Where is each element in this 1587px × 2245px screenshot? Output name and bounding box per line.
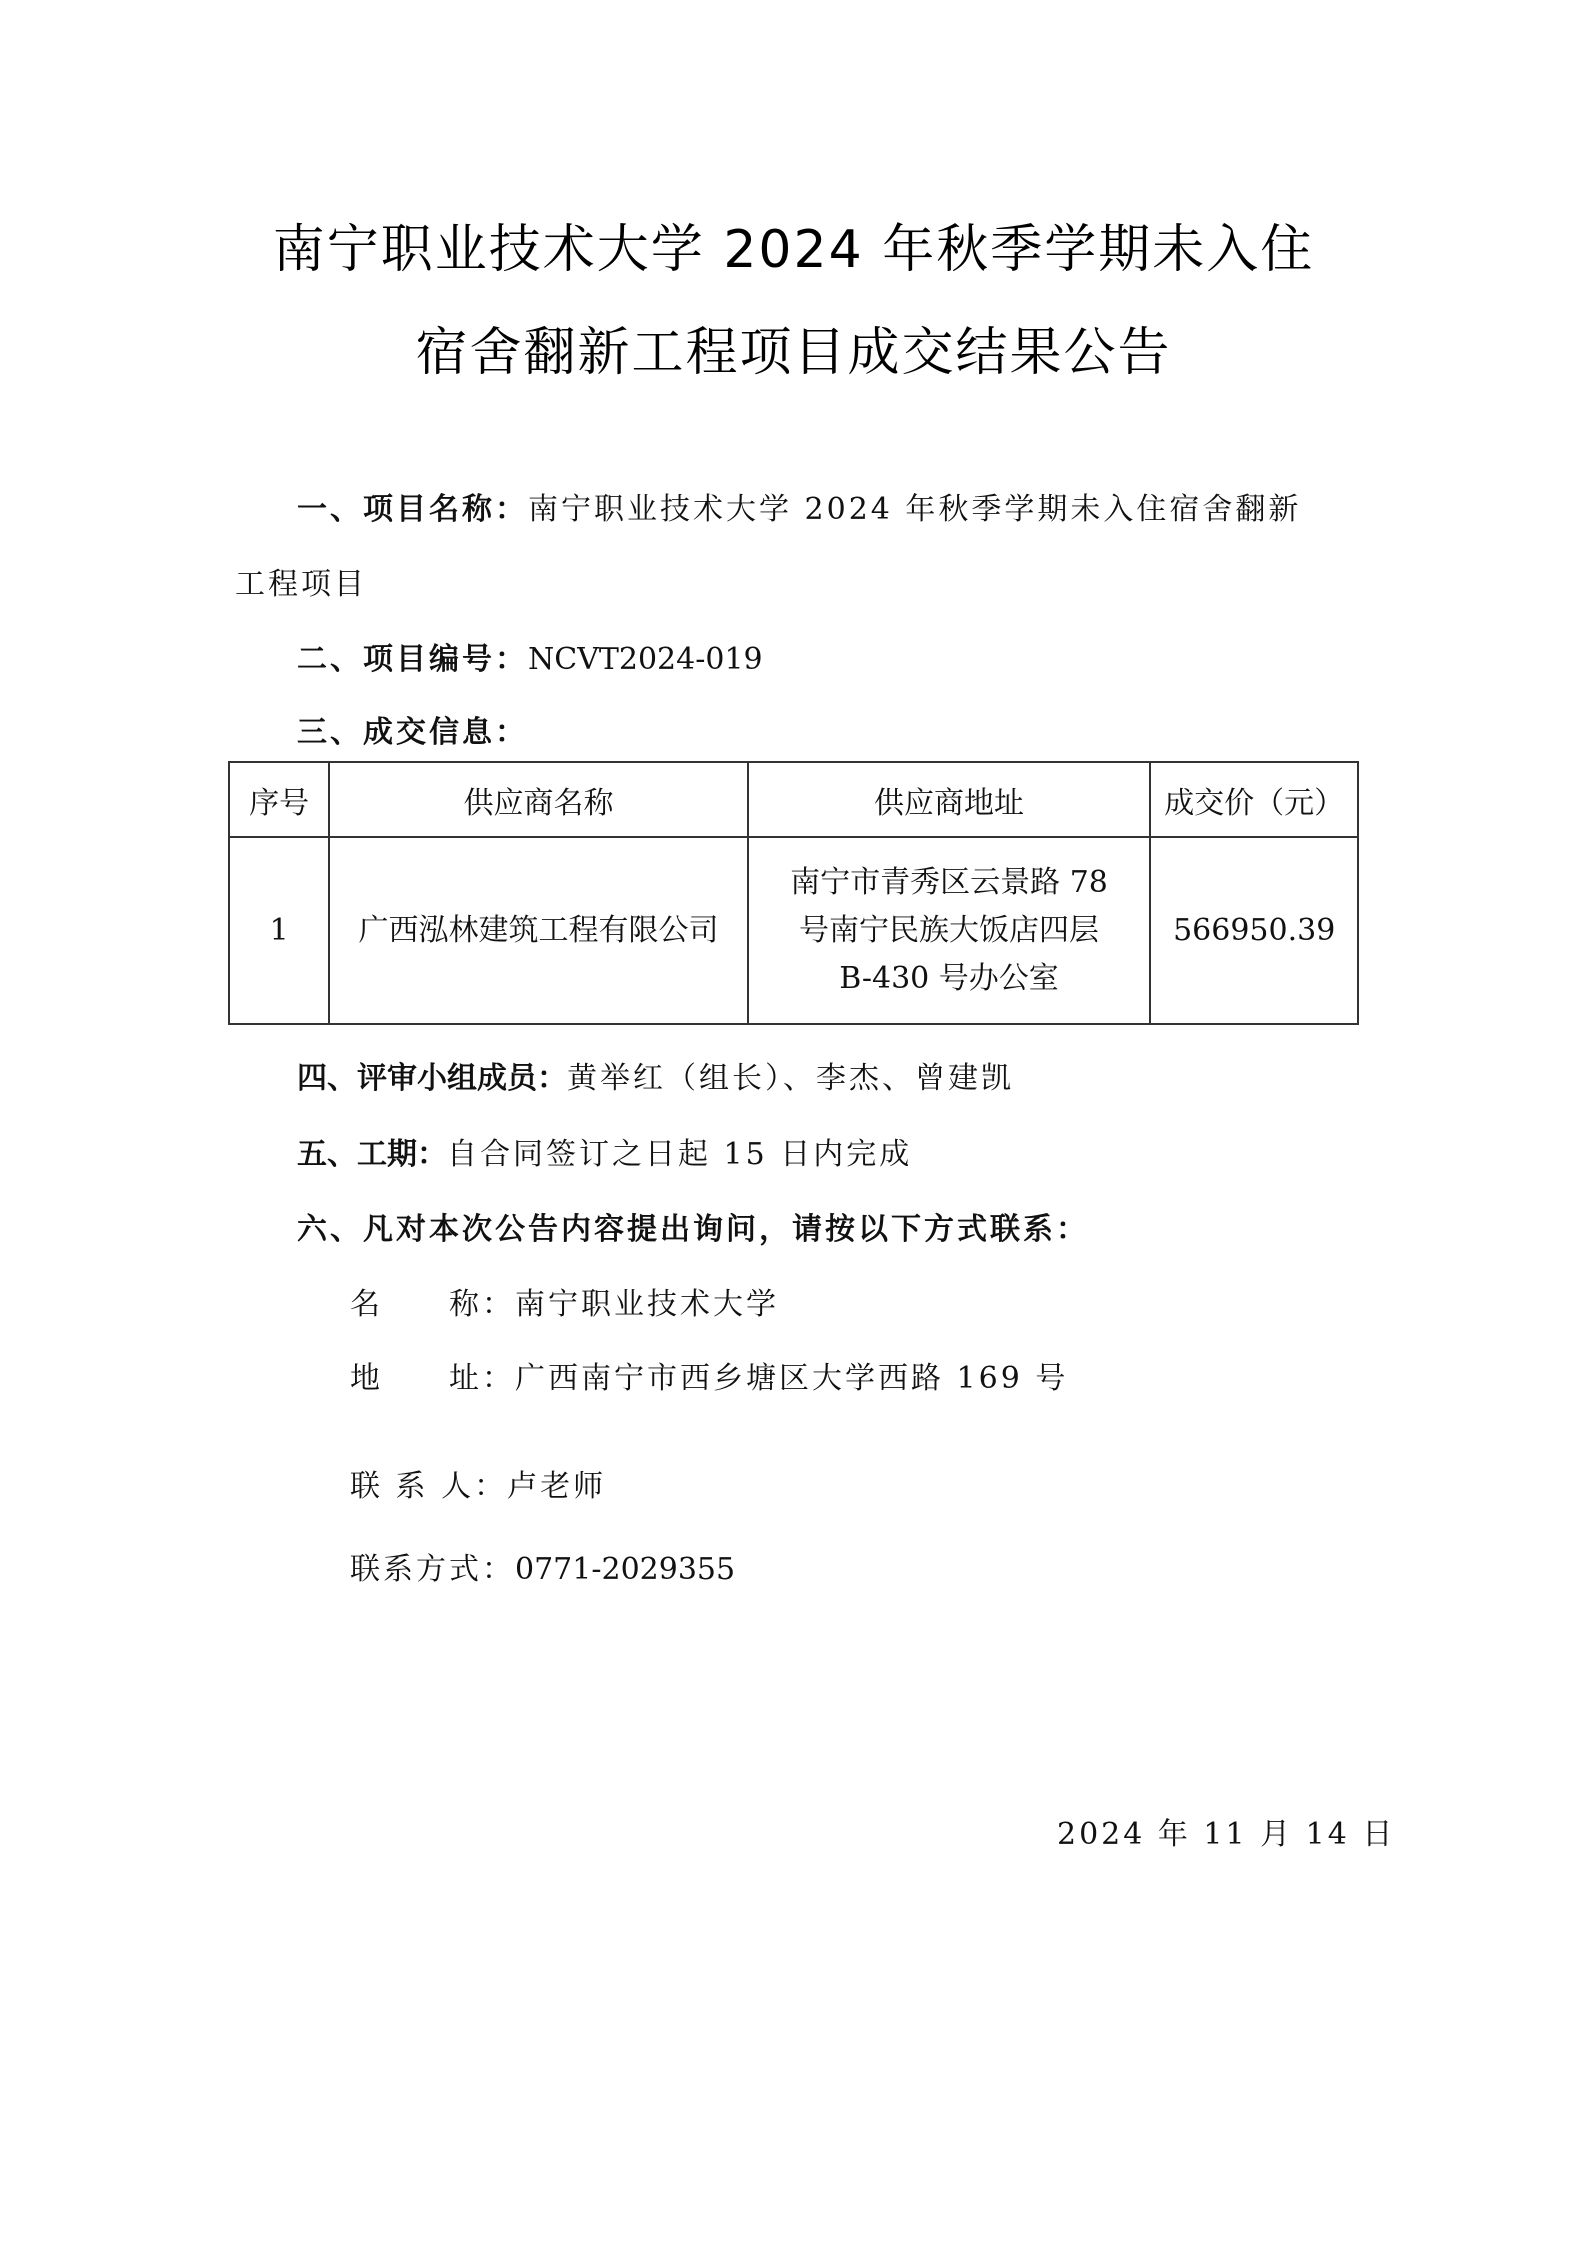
page-title-line-1: 南宁职业技术大学 2024 年秋季学期未入住	[0, 220, 1587, 280]
page-title-line-2: 宿舍翻新工程项目成交结果公告	[0, 323, 1587, 383]
cell-index: 1	[229, 837, 329, 1024]
contact-person-value: 卢老师	[507, 1469, 606, 1504]
contact-person-label: 联 系 人：	[350, 1469, 507, 1504]
contact-address-label: 地 址：	[350, 1361, 515, 1396]
announcement-page: 南宁职业技术大学 2024 年秋季学期未入住 宿舍翻新工程项目成交结果公告 一、…	[0, 0, 1587, 2245]
deal-info-label: 三、成交信息：	[297, 713, 528, 753]
cell-supplier-address: 南宁市青秀区云景路 78 号南宁民族大饭店四层 B-430 号办公室	[748, 837, 1151, 1024]
header-deal-price: 成交价（元）	[1150, 762, 1358, 837]
project-name-row: 一、项目名称：南宁职业技术大学 2024 年秋季学期未入住宿舍翻新	[297, 490, 1301, 530]
address-line-3: B-430 号办公室	[749, 955, 1150, 1003]
cell-deal-price: 566950.39	[1150, 837, 1358, 1024]
contact-address-row: 地 址：广西南宁市西乡塘区大学西路 169 号	[350, 1359, 1068, 1399]
table-row: 1 广西泓林建筑工程有限公司 南宁市青秀区云景路 78 号南宁民族大饭店四层 B…	[229, 837, 1358, 1024]
review-panel-label: 四、评审小组成员：	[297, 1061, 567, 1096]
contact-address-value: 广西南宁市西乡塘区大学西路 169 号	[515, 1361, 1068, 1396]
contact-name-value: 南宁职业技术大学	[515, 1287, 779, 1322]
project-name-label: 一、项目名称：	[297, 492, 528, 527]
address-line-2: 号南宁民族大饭店四层	[749, 907, 1150, 955]
table-header-row: 序号 供应商名称 供应商地址 成交价（元）	[229, 762, 1358, 837]
project-name-continuation: 工程项目	[235, 565, 367, 605]
header-supplier-name: 供应商名称	[329, 762, 747, 837]
cell-supplier-name: 广西泓林建筑工程有限公司	[329, 837, 747, 1024]
contact-name-label: 名 称：	[350, 1287, 515, 1322]
duration-row: 五、工期：自合同签订之日起 15 日内完成	[297, 1135, 912, 1175]
duration-label: 五、工期：	[297, 1137, 447, 1172]
project-number-label: 二、项目编号：	[297, 642, 528, 677]
project-number-value: NCVT2024-019	[528, 642, 763, 677]
duration-value: 自合同签订之日起 15 日内完成	[447, 1137, 912, 1172]
contact-person-row: 联 系 人：卢老师	[350, 1467, 606, 1507]
review-panel-row: 四、评审小组成员：黄举红（组长）、李杰、曾建凯	[297, 1059, 1014, 1099]
deal-table: 序号 供应商名称 供应商地址 成交价（元） 1 广西泓林建筑工程有限公司 南宁市…	[228, 761, 1359, 1025]
contact-phone-value: 0771-2029355	[515, 1552, 735, 1587]
address-line-1: 南宁市青秀区云景路 78	[749, 859, 1150, 907]
project-number-row: 二、项目编号：NCVT2024-019	[297, 640, 763, 680]
contact-name-row: 名 称：南宁职业技术大学	[350, 1285, 779, 1325]
announcement-date: 2024 年 11 月 14 日	[1057, 1815, 1395, 1855]
header-supplier-address: 供应商地址	[748, 762, 1151, 837]
inquiry-label: 六、凡对本次公告内容提出询问，请按以下方式联系：	[297, 1210, 1089, 1250]
contact-phone-label: 联系方式：	[350, 1552, 515, 1587]
contact-phone-row: 联系方式：0771-2029355	[350, 1550, 735, 1590]
review-panel-value: 黄举红（组长）、李杰、曾建凯	[567, 1061, 1014, 1096]
header-index: 序号	[229, 762, 329, 837]
project-name-value: 南宁职业技术大学 2024 年秋季学期未入住宿舍翻新	[528, 492, 1301, 527]
